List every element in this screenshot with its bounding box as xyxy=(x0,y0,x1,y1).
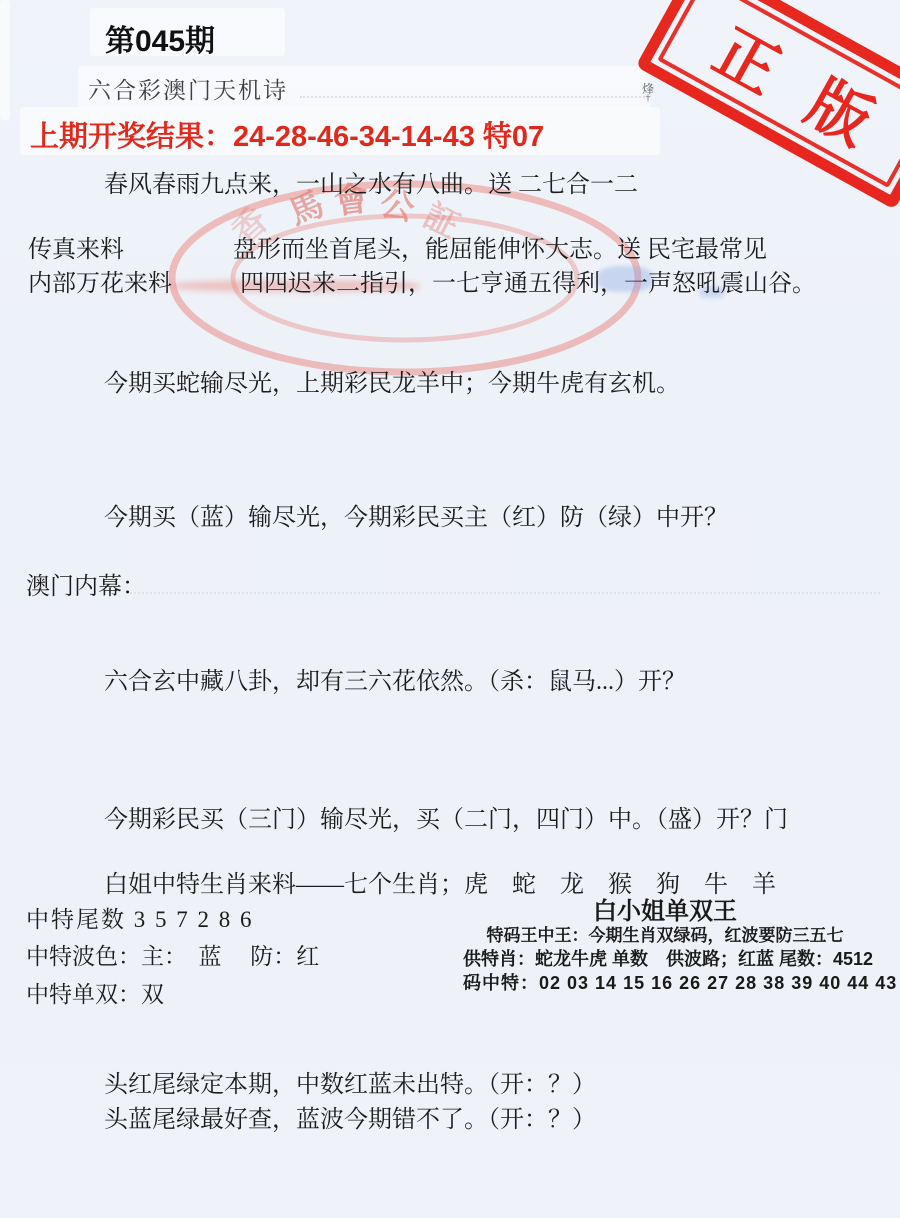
scan-artifact xyxy=(0,0,10,120)
fax-source-text: 盘形而坐首尾头，能屈能伸怀大志。送 民宅最常见 xyxy=(233,229,767,264)
fax-source-label: 传真来料 xyxy=(28,229,124,264)
special-odd-even: 中特单双：双 xyxy=(26,976,164,1009)
baixiaojie-line-3: 码中特：02 03 14 15 16 26 27 28 38 39 40 44 … xyxy=(463,969,897,995)
baixiaojie-line-1: 特码王中王：今期生肖双绿码，红波要防三五七 xyxy=(455,921,875,946)
internal-source-text: 四四迟来二指引，一七亨通五得利，一声怒吼震山谷。 xyxy=(240,263,816,298)
baixiaojie-line-2: 供特肖：蛇龙牛虎 单数 供波路；红蓝 尾数：4512 xyxy=(463,945,873,971)
color-tip-line: 今期买（蓝）输尽光，今期彩民买主（红）防（绿）中开？ xyxy=(104,497,728,532)
internal-source-label: 内部万花来料 xyxy=(28,263,172,298)
tiny-ink-mark: 烽 † xyxy=(642,84,654,104)
doors-tip-line: 今期彩民买（三门）输尽光，买（二门，四门）中。（盛）开？门 xyxy=(104,799,788,834)
scan-artifact xyxy=(130,592,880,594)
stamp-char-zheng: 正 xyxy=(701,2,798,110)
macau-insider-label: 澳门内幕： xyxy=(26,566,146,601)
issue-number: 第045期 xyxy=(105,16,215,60)
authentic-stamp-inner-border: 正 版 xyxy=(657,0,900,188)
bagua-tip-line: 六合玄中藏八卦，却有三六花依然。（杀：鼠马...）开？ xyxy=(104,661,686,696)
scan-artifact xyxy=(300,96,645,98)
poem-line-1: 春风春雨九点来，一山之水有八曲。送 二七合一二 xyxy=(104,164,638,199)
special-wave-color: 中特波色：主： 蓝 防：红 xyxy=(26,938,319,971)
footer-couplet-2: 头蓝尾绿最好查，蓝波今期错不了。（开：？） xyxy=(104,1099,596,1134)
footer-couplet-1: 头红尾绿定本期，中数红蓝未出特。（开：？） xyxy=(104,1064,596,1099)
authentic-stamp: 正 版 xyxy=(636,0,900,210)
last-draw-result: 上期开奖结果：24-28-46-34-14-43 特07 xyxy=(30,114,544,155)
sheet-title: 六合彩澳门天机诗 xyxy=(88,72,288,105)
stamp-char-ban: 版 xyxy=(794,54,891,162)
special-tail-numbers: 中特尾数 3 5 7 2 8 6 xyxy=(26,901,254,934)
zodiac-tip-line: 今期买蛇输尽光，上期彩民龙羊中；今期牛虎有玄机。 xyxy=(104,363,680,398)
lottery-tip-sheet: 香 馬 會 公 証 烽 † 正 版 第045期 六合彩澳门天机诗 上期开奖结果：… xyxy=(0,0,900,1218)
